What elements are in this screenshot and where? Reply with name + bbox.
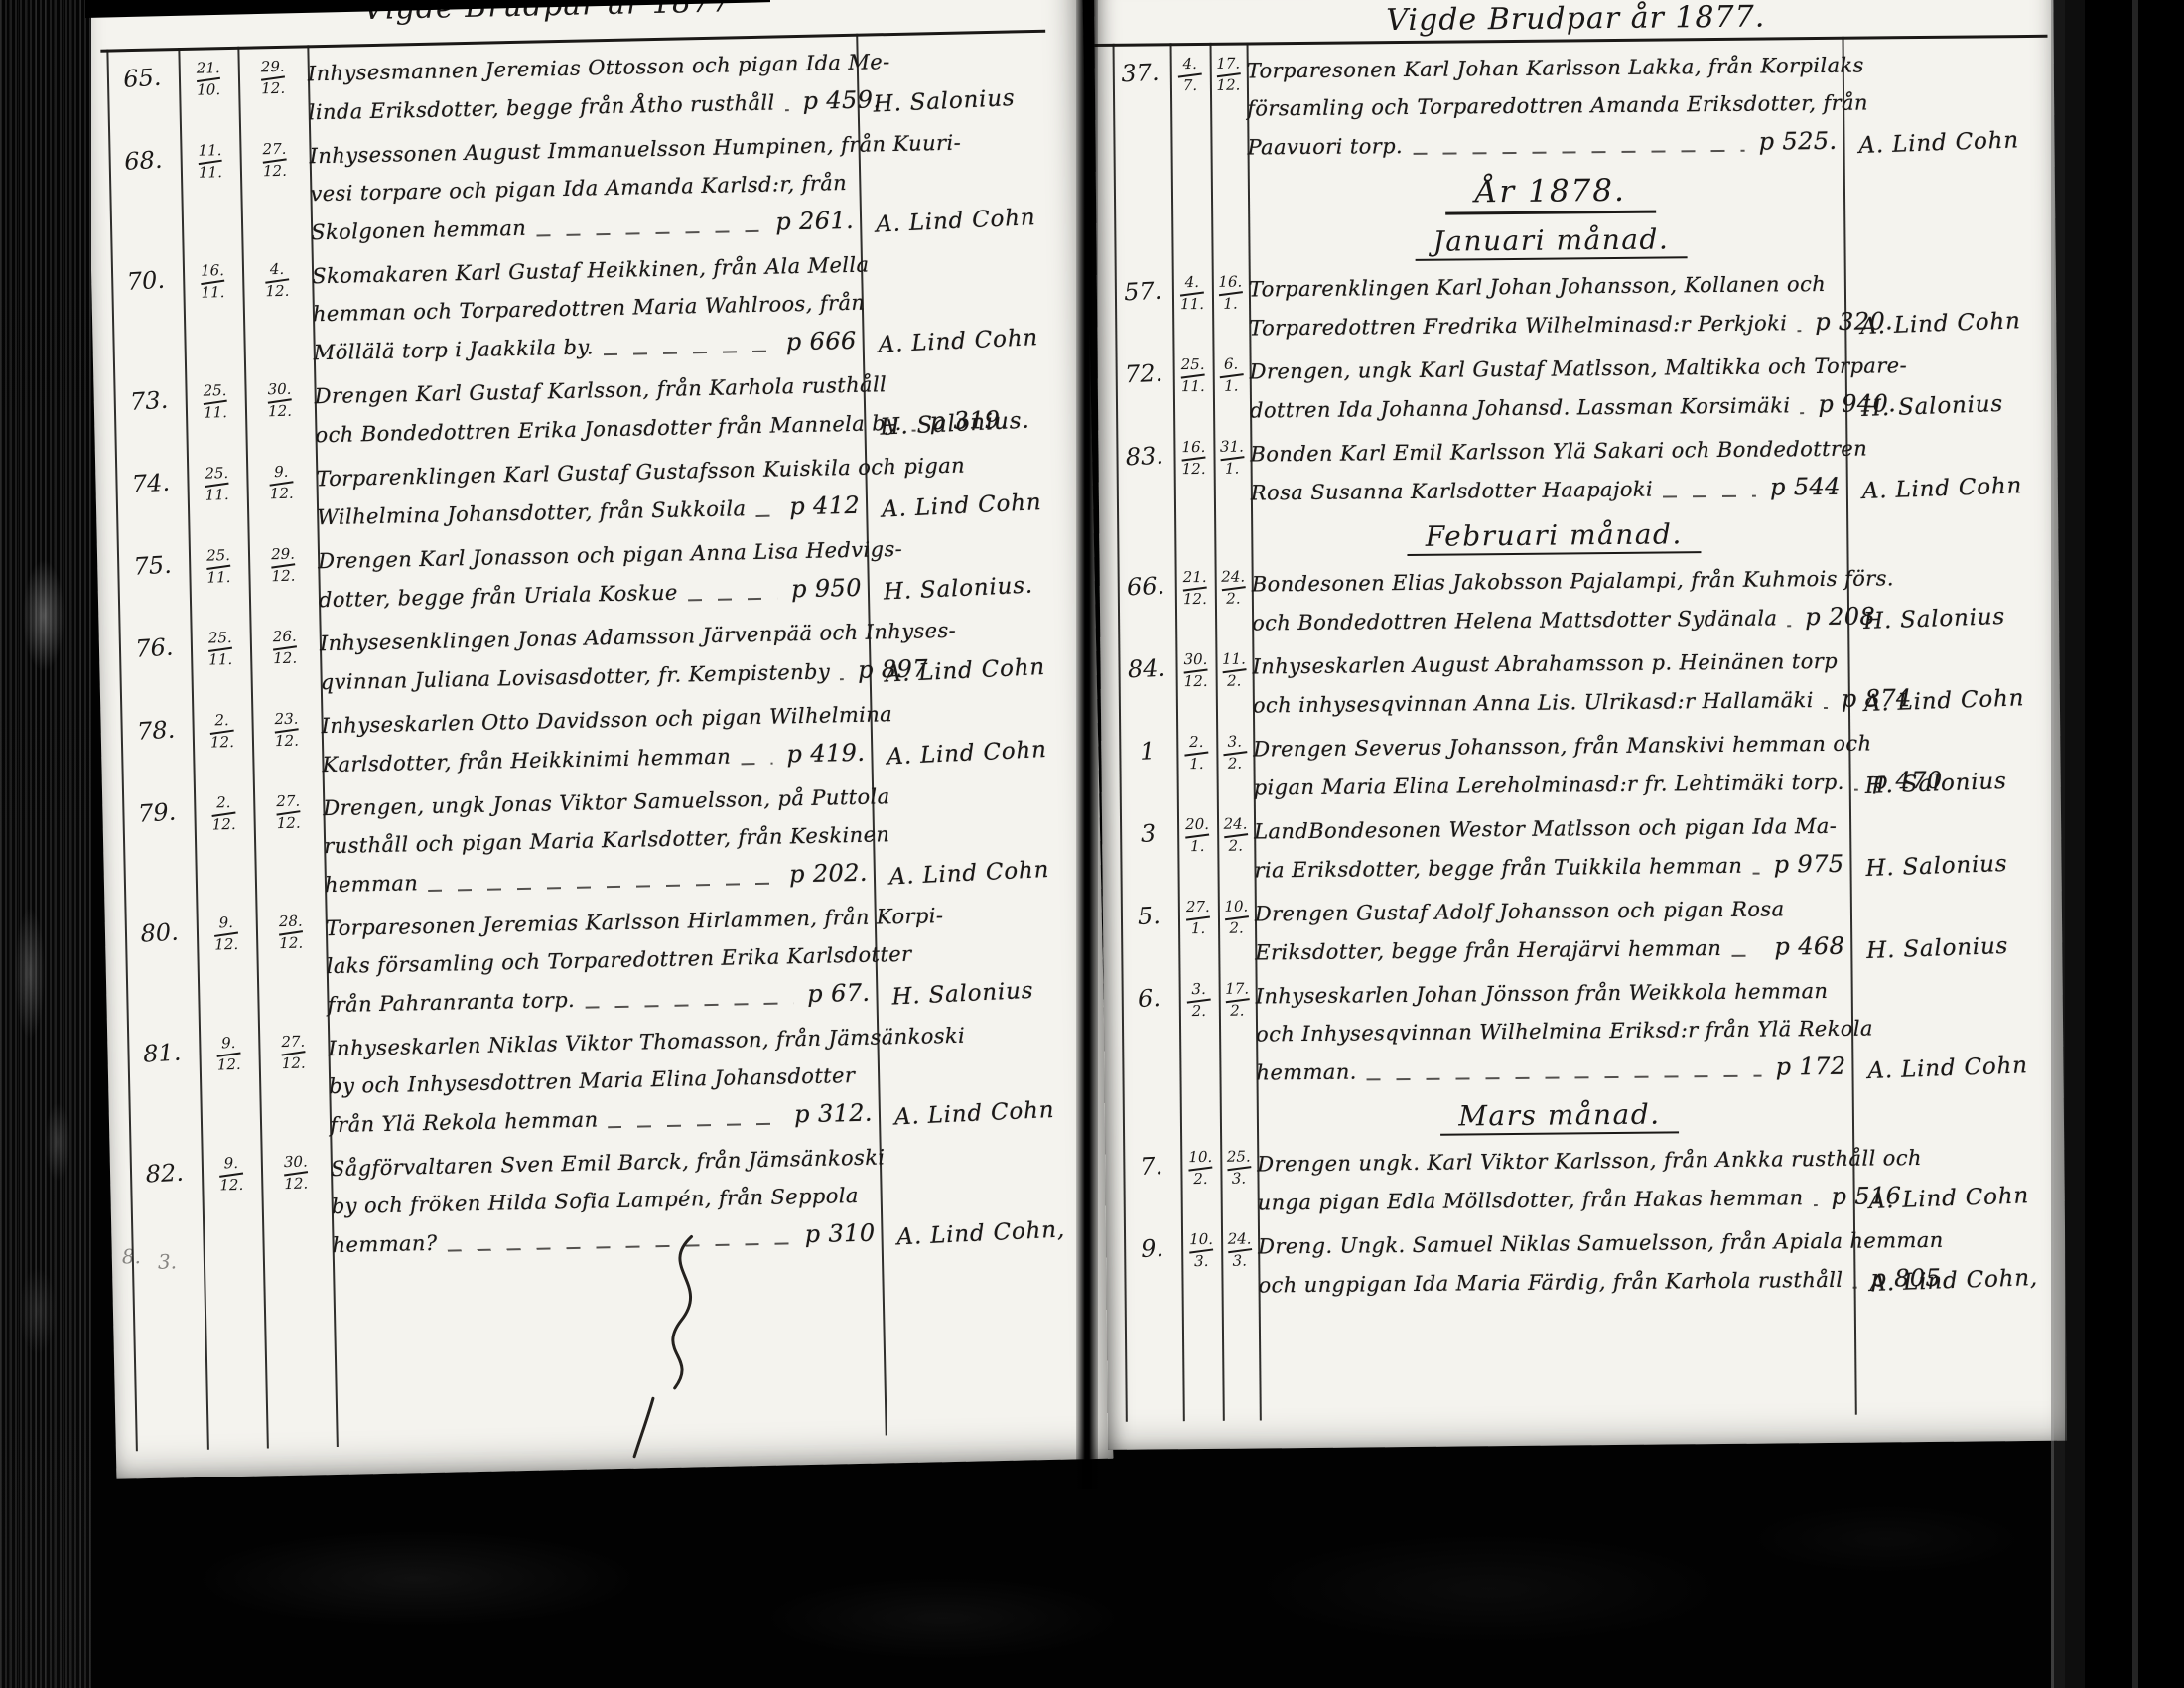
page-reference: p 525. — [1758, 122, 1843, 161]
right-entries-list: 37.4.7.17.12.Torparesonen Karl Johan Kar… — [1095, 45, 2067, 1312]
date-month: 1. — [1189, 757, 1203, 773]
wedding-date: 30.12. — [244, 377, 316, 455]
ink-flourish-stroke — [629, 1396, 660, 1459]
page-reference: p 261. — [775, 202, 861, 241]
faint-partial-entry-mark: 3. — [158, 1249, 178, 1273]
wedding-date: 16.1. — [1212, 271, 1250, 348]
page-reference: p 419. — [786, 734, 872, 774]
banns-date: 3.2. — [1179, 978, 1220, 1092]
date-day: 2. — [216, 795, 231, 811]
entry-number: 65. — [105, 57, 181, 137]
dash-filler — [534, 230, 767, 235]
entry-text: Drengen, ungk Jonas Viktor Samuelsson, p… — [323, 778, 874, 905]
entry-text: Drengen Severus Johansson, från Manskivi… — [1253, 725, 1849, 807]
date-day: 27. — [276, 794, 300, 810]
dash-filler — [1661, 495, 1762, 496]
date-month: 3. — [1232, 1171, 1246, 1187]
entry-line-text: pigan Maria Elina Lereholminasd:r fr. Le… — [1254, 764, 1844, 807]
wedding-date: 29.12. — [248, 542, 320, 620]
month-heading-row: Januari månad. — [1114, 219, 2059, 264]
officiant-signature: A. Lind Cohn — [1843, 126, 2059, 164]
year-heading: År 1878. — [1445, 173, 1656, 215]
officiant-signature: A. Lind Cohn, — [1853, 1264, 2067, 1302]
date-day: 21. — [197, 61, 220, 76]
entry-line-text: och ungpigan Ida Maria Färdig, från Karh… — [1258, 1261, 1843, 1305]
register-entry: 66.21.12.24.2.Bondesonen Elias Jakobsson… — [1118, 558, 2064, 643]
entry-text: Inhyseskarlen Otto Davidsson och pigan W… — [321, 696, 871, 784]
date-month: 2. — [1193, 1172, 1207, 1188]
entry-text: Torparenklingen Karl Johan Johansson, Ko… — [1249, 265, 1845, 348]
date-month: 11. — [204, 405, 227, 421]
dash-filler — [739, 763, 778, 764]
date-month: 12. — [214, 937, 238, 953]
page-edge-shadow-band — [2051, 0, 2184, 1688]
register-entry: 57.4.11.16.1.Torparenklingen Karl Johan … — [1115, 263, 2061, 349]
date-day: 20. — [1185, 817, 1209, 833]
entry-line: Drengen, ungk Karl Gustaf Matlsson, Malt… — [1250, 348, 1845, 391]
register-entry: 68.11.11.27.12.Inhysessonen August Imman… — [108, 121, 1063, 255]
date-day: 9. — [224, 1156, 239, 1172]
page-title: Vigde Brudpar år 1877. — [1362, 0, 1789, 38]
entry-number: 6. — [1120, 977, 1182, 1093]
entry-line: unga pigan Edla Möllsdotter, från Hakas … — [1258, 1178, 1853, 1222]
wedding-date: 27.12. — [239, 137, 311, 252]
entry-line: församling och Torparedottren Amanda Eri… — [1247, 84, 1843, 128]
officiant-signature: A. Lind Cohn, — [881, 1216, 1085, 1256]
entry-text: Torparesonen Karl Johan Karlsson Lakka, … — [1247, 47, 1843, 167]
entry-line-text: och Bondedottren Helena Mattsdotter Sydä… — [1252, 599, 1778, 641]
officiant-signature: H. Salonius — [876, 976, 1080, 1016]
wedding-date: 25.3. — [1220, 1145, 1258, 1221]
wedding-date: 3.2. — [1216, 730, 1254, 806]
banns-date: 10.3. — [1181, 1228, 1222, 1305]
date-day: 25. — [203, 383, 226, 399]
date-month: 12. — [1184, 674, 1208, 690]
register-entry: 320.1.24.2.LandBondesonen Westor Matlsso… — [1120, 805, 2066, 891]
left-entries-list: 65.21.10.29.12.Inhysesmannen Jeremias Ot… — [87, 39, 1085, 1274]
entry-number: 74. — [114, 462, 190, 542]
entry-number: 83. — [1115, 435, 1175, 514]
banns-date: 9.12. — [202, 1152, 263, 1267]
entry-line: Rosa Susanna Karlsdotter Haapajokip 544 — [1251, 468, 1846, 512]
date-day: 25. — [1181, 357, 1205, 373]
officiant-signature: H. Salonius — [1848, 767, 2065, 804]
entry-line: Inhyseskarlen Johan Jönsson från Weikkol… — [1256, 972, 1851, 1016]
entry-line-text: och inhysesqvinnan Anna Lis. Ulrikasd:r … — [1253, 681, 1814, 724]
register-entry: 6.3.2.17.2.Inhyseskarlen Johan Jönsson f… — [1122, 970, 2068, 1093]
entry-text: Drengen, ungk Karl Gustaf Matlsson, Malt… — [1250, 348, 1846, 430]
entry-number: 9. — [1123, 1227, 1183, 1307]
register-entry: 80.9.12.28.12.Torparesonen Jeremias Karl… — [125, 894, 1080, 1028]
date-month: 12. — [217, 1057, 241, 1073]
date-month: 12. — [270, 486, 294, 501]
officiant-signature: A. Lind Cohn — [1851, 1052, 2067, 1089]
entry-line-text: dottren Ida Johanna Johansd. Lassman Kor… — [1250, 386, 1791, 429]
date-day: 30. — [267, 382, 291, 398]
date-month: 11. — [208, 652, 232, 668]
entry-text: Sågförvaltaren Sven Emil Barck, från Jäm… — [331, 1139, 882, 1265]
ink-flourish-curl — [647, 1232, 730, 1393]
month-heading-row: Mars månad. — [1123, 1094, 2067, 1139]
entry-line: pigan Maria Elina Lereholminasd:r fr. Le… — [1254, 763, 1849, 807]
entry-line: LandBondesonen Westor Matlsson och pigan… — [1254, 807, 1849, 851]
date-month: 1. — [1225, 461, 1239, 477]
date-day: 3. — [1191, 982, 1205, 998]
entry-line-text: Paavuori torp. — [1247, 127, 1403, 167]
entry-line: och inhysesqvinnan Anna Lis. Ulrikasd:r … — [1253, 680, 1848, 725]
entry-text: Inhysesenklingen Jonas Adamsson Järvenpä… — [320, 614, 870, 702]
right-register-page: Vigde Brudpar år 1877. 37.4.7.17.12.Torp… — [1094, 0, 2067, 1450]
entry-number: 80. — [123, 912, 201, 1030]
dash-filler — [1411, 150, 1751, 153]
entry-line-text: Karlsdotter, från Heikkinimi hemman — [322, 738, 731, 784]
date-month: 11. — [206, 570, 230, 586]
date-month: 7. — [1183, 78, 1197, 94]
date-month: 12. — [273, 650, 297, 666]
faint-partial-entry-mark: 8. — [122, 1244, 142, 1268]
register-entry: 12.1.3.2.Drengen Severus Johansson, från… — [1119, 723, 2065, 808]
banns-date: 2.1. — [1176, 731, 1217, 807]
entry-number: 75. — [116, 544, 192, 625]
wedding-date: 27.12. — [258, 1030, 330, 1145]
entry-number: 78. — [119, 709, 195, 789]
wedding-date: 29.12. — [238, 55, 310, 132]
banns-date: 9.12. — [199, 1032, 260, 1147]
banns-date: 16.12. — [1173, 436, 1214, 512]
register-entry: 78.2.12.23.12.Inhyseskarlen Otto Davidss… — [120, 691, 1074, 787]
register-entry: 37.4.7.17.12.Torparesonen Karl Johan Kar… — [1113, 45, 2059, 168]
year-heading-row: År 1878. — [1114, 169, 2059, 218]
register-entry: 73.25.11.30.12.Drengen Karl Gustaf Karls… — [113, 361, 1067, 458]
wedding-date: 17.2. — [1219, 977, 1257, 1091]
page-reference: p 312. — [794, 1094, 880, 1134]
page-reference: p 202. — [789, 854, 875, 894]
register-entry: 83.16.12.31.1.Bonden Karl Emil Karlsson … — [1116, 428, 2062, 513]
date-day: 6. — [1224, 357, 1238, 373]
entry-line: Inhyseskarlen August Abrahamsson p. Hein… — [1252, 642, 1847, 686]
entry-line: Paavuori torp.p 525. — [1247, 122, 1843, 167]
date-month: 1. — [1224, 378, 1238, 394]
date-day: 27. — [281, 1035, 305, 1051]
date-month: 12. — [210, 735, 234, 751]
dash-filler — [602, 350, 778, 353]
banns-date: 16.11. — [183, 259, 244, 374]
date-month: 12. — [277, 815, 301, 831]
date-month: 11. — [1181, 379, 1205, 395]
entry-line-text: hemman? — [332, 1224, 438, 1264]
wedding-date: 17.12. — [1210, 53, 1248, 167]
register-entry: 72.25.11.6.1.Drengen, ungk Karl Gustaf M… — [1116, 346, 2062, 431]
book-gutter — [1076, 0, 1098, 1489]
date-month: 2. — [1226, 591, 1240, 607]
wedding-date: 27.12. — [253, 789, 325, 905]
banns-date: 25.11. — [1173, 353, 1214, 430]
date-month: 2. — [1227, 673, 1241, 689]
entry-line: ria Eriksdotter, begge från Tuikkila hem… — [1254, 845, 1849, 890]
entry-line-text: hemman — [325, 864, 419, 904]
dash-filler — [1365, 1075, 1768, 1079]
banns-date: 25.11. — [191, 627, 252, 704]
wedding-date: 31.1. — [1213, 436, 1251, 512]
entry-number: 68. — [106, 139, 184, 257]
date-day: 17. — [1216, 57, 1240, 72]
entry-text: Inhyseskarlen Johan Jönsson från Weikkol… — [1256, 972, 1852, 1092]
date-day: 21. — [1183, 570, 1207, 586]
date-month: 2. — [1228, 756, 1242, 772]
date-day: 28. — [279, 914, 303, 930]
entry-text: Inhysesmannen Jeremias Ottosson och piga… — [308, 44, 858, 132]
banns-date: 25.11. — [187, 462, 248, 539]
banns-date: 10.2. — [1180, 1146, 1221, 1222]
entry-line-text: dotter, begge från Uriala Koskue — [319, 574, 678, 620]
entry-number: 37. — [1111, 52, 1173, 168]
date-month: 12. — [1216, 77, 1240, 93]
officiant-signature: A. Lind Cohn — [873, 856, 1077, 896]
left-register-page: Vigde Brudpar år 1877 65.21.10.29.12.Inh… — [85, 0, 1113, 1479]
entry-text: Inhyseskarlen Niklas Viktor Thomasson, f… — [328, 1019, 879, 1145]
film-edge-scratches — [0, 0, 91, 1688]
entry-line-text: från Ylä Rekola hemman — [330, 1100, 599, 1144]
date-day: 24. — [1228, 1232, 1252, 1248]
date-month: 12. — [219, 1178, 243, 1194]
banns-date: 25.11. — [189, 544, 250, 622]
date-day: 4. — [1185, 275, 1199, 291]
date-month: 12. — [279, 935, 303, 951]
wedding-date: 4.12. — [242, 257, 314, 372]
wedding-date: 24.2. — [1215, 566, 1253, 642]
date-month: 12. — [265, 284, 289, 300]
wedding-date: 24.2. — [1217, 812, 1255, 889]
entry-number: 79. — [120, 791, 198, 910]
entry-number: 1 — [1118, 730, 1178, 809]
entry-line-text: Eriksdotter, begge från Herajärvi hemman — [1255, 929, 1721, 972]
date-month: 3. — [1233, 1253, 1247, 1269]
page-reference: p 666 — [785, 322, 863, 361]
officiant-signature: H. Salonius — [1850, 931, 2067, 969]
banns-date: 21.12. — [1175, 566, 1216, 642]
officiant-signature: H. Salonius — [1849, 849, 2066, 887]
wedding-date: 10.2. — [1218, 895, 1256, 971]
banns-date: 2.12. — [192, 709, 253, 786]
entry-line: Drengen ungk. Karl Viktor Karlsson, från… — [1257, 1140, 1852, 1184]
date-month: 1. — [1223, 296, 1237, 312]
entry-line: Bondesonen Elias Jakobsson Pajalampi, fr… — [1252, 560, 1847, 604]
register-entry: 79.2.12.27.12.Drengen, ungk Jonas Viktor… — [122, 774, 1077, 908]
entry-number: 72. — [1114, 352, 1174, 432]
register-entry: 65.21.10.29.12.Inhysesmannen Jeremias Ot… — [107, 39, 1061, 135]
entry-line: och Inhysesqvinnan Wilhelmina Eriksd:r f… — [1256, 1010, 1851, 1054]
page-reference: p 412 — [789, 487, 867, 526]
entry-line-text: hemman. — [1256, 1054, 1357, 1092]
entry-text: Torparesonen Jeremias Karlsson Hirlammen… — [326, 899, 877, 1025]
entry-text: Drengen Gustaf Adolf Johansson och pigan… — [1255, 890, 1851, 972]
register-entry: 76.25.11.26.12.Inhysesenklingen Jonas Ad… — [119, 609, 1073, 705]
date-month: 2. — [1192, 1004, 1206, 1020]
entry-number: 57. — [1113, 270, 1173, 350]
date-day: 29. — [271, 547, 295, 563]
date-month: 10. — [197, 82, 220, 98]
dash-filler — [686, 597, 783, 599]
date-day: 27. — [1186, 900, 1210, 915]
entry-text: Inhyseskarlen August Abrahamsson p. Hein… — [1252, 642, 1848, 725]
register-entry: 84.30.12.11.2.Inhyseskarlen August Abrah… — [1118, 640, 2064, 726]
wedding-date: 23.12. — [251, 707, 323, 784]
entry-line: Torparedottren Fredrika Wilhelminasd:r P… — [1249, 303, 1844, 348]
register-entry: 70.16.11.4.12.Skomakaren Karl Gustaf Hei… — [111, 241, 1066, 375]
date-month: 11. — [1180, 297, 1204, 313]
entry-line: hemman.p 172 — [1256, 1048, 1851, 1092]
register-entry: 74.25.11.9.12.Torparenklingen Karl Gusta… — [115, 444, 1069, 540]
officiant-signature: A. Lind Cohn — [860, 204, 1064, 243]
date-month: 1. — [1191, 921, 1205, 937]
wedding-date: 11.2. — [1215, 648, 1253, 725]
date-day: 25. — [205, 466, 228, 482]
date-day: 2. — [1189, 735, 1203, 751]
date-day: 4. — [270, 262, 285, 278]
page-reference: p 67. — [807, 974, 877, 1013]
officiant-signature: A. Lind Cohn — [1847, 684, 2064, 722]
wedding-date: 30.12. — [261, 1150, 333, 1265]
officiant-signature: A. Lind Cohn — [1845, 472, 2062, 509]
date-day: 24. — [1224, 817, 1248, 833]
date-month: 11. — [199, 165, 222, 181]
date-day: 2. — [214, 713, 229, 729]
officiant-signature: A. Lind Cohn — [1852, 1182, 2067, 1219]
entry-line: Dreng. Ungk. Samuel Niklas Samuelsson, f… — [1258, 1222, 1853, 1266]
date-month: 12. — [1182, 462, 1206, 478]
entry-number: 3 — [1119, 812, 1179, 892]
entry-line: Eriksdotter, begge från Herajärvi hemman… — [1255, 927, 1850, 972]
entry-text: Torparenklingen Karl Gustaf Gustafsson K… — [316, 449, 866, 537]
register-entry: 82.9.12.30.12.Sågförvaltaren Sven Emil B… — [130, 1134, 1085, 1268]
date-day: 26. — [273, 630, 297, 645]
month-heading: Januari månad. — [1415, 222, 1687, 261]
entry-line-text: ria Eriksdotter, begge från Tuikkila hem… — [1254, 847, 1742, 890]
date-day: 10. — [1224, 900, 1248, 915]
officiant-signature: A. Lind Cohn — [866, 489, 1070, 528]
officiant-signature: H. Salonius — [857, 83, 1061, 123]
date-month: 12. — [282, 1055, 306, 1071]
page-reference: p 172 — [1775, 1048, 1851, 1086]
entry-line: Bonden Karl Emil Karlsson Ylä Sakari och… — [1250, 430, 1845, 474]
entry-line: dottren Ida Johanna Johansd. Lassman Kor… — [1250, 385, 1845, 430]
date-day: 11. — [1222, 652, 1246, 668]
register-entry: 75.25.11.29.12.Drengen Karl Jonasson och… — [117, 526, 1071, 623]
date-month: 12. — [212, 817, 236, 833]
banns-date: 30.12. — [1175, 648, 1216, 725]
entry-line: Torparenklingen Karl Johan Johansson, Ko… — [1249, 265, 1844, 309]
entry-number: 7. — [1122, 1145, 1182, 1224]
dash-filler — [607, 1122, 787, 1126]
entry-number: 84. — [1117, 647, 1177, 727]
page-reference: p 310 — [804, 1213, 882, 1253]
date-day: 9. — [274, 465, 289, 481]
entry-text: LandBondesonen Westor Matlsson och pigan… — [1254, 807, 1850, 890]
date-day: 4. — [1182, 57, 1196, 72]
date-day: 25. — [206, 548, 230, 564]
entry-line-text: Möllälä torp i Jaakkila by. — [313, 328, 594, 371]
banns-date: 4.7. — [1170, 53, 1211, 167]
date-month: 2. — [1229, 920, 1243, 936]
date-day: 11. — [198, 143, 221, 159]
entry-text: Drengen Karl Gustaf Karlsson, från Karho… — [314, 366, 864, 455]
page-reference: p 544 — [1770, 468, 1846, 506]
month-heading: Mars månad. — [1440, 1097, 1679, 1135]
banns-date: 11.11. — [180, 139, 241, 254]
date-day: 9. — [221, 1036, 236, 1052]
register-entry: 81.9.12.27.12.Inhyseskarlen Niklas Vikto… — [127, 1014, 1082, 1148]
page-reference: p 468 — [1774, 927, 1850, 966]
date-day: 25. — [208, 631, 232, 646]
month-heading-row: Februari månad. — [1117, 514, 2062, 559]
officiant-signature: H. Salonius. — [867, 571, 1071, 611]
date-day: 23. — [274, 712, 298, 728]
date-day: 25. — [1227, 1150, 1251, 1166]
entry-text: Bonden Karl Emil Karlsson Ylä Sakari och… — [1250, 430, 1846, 512]
page-reference: p 950 — [791, 569, 869, 609]
dash-filler — [754, 514, 782, 515]
entry-text: Inhysessonen August Immanuelsson Humpine… — [309, 126, 860, 252]
entry-number: 66. — [1116, 565, 1176, 644]
date-day: 17. — [1225, 982, 1249, 998]
dash-filler — [583, 1002, 799, 1007]
date-day: 16. — [1218, 275, 1242, 291]
banns-date: 25.11. — [185, 379, 246, 457]
date-month: 12. — [1183, 592, 1207, 608]
date-day: 10. — [1188, 1150, 1212, 1166]
date-day: 3. — [1228, 735, 1242, 751]
entry-line: Drengen Gustaf Adolf Johansson och pigan… — [1255, 890, 1850, 933]
officiant-signature: H. Salonius — [1847, 602, 2064, 639]
date-day: 24. — [1221, 570, 1245, 586]
wedding-date: 9.12. — [246, 460, 318, 537]
wedding-date: 24.3. — [1221, 1227, 1259, 1304]
date-day: 31. — [1220, 440, 1244, 456]
entry-text: Dreng. Ungk. Samuel Niklas Samuelsson, f… — [1258, 1222, 1854, 1305]
officiant-signature: H. Salonius — [1845, 389, 2062, 427]
banns-date: 20.1. — [1177, 813, 1218, 890]
wedding-date: 28.12. — [256, 910, 328, 1025]
entry-line: Drengen Severus Johansson, från Manskivi… — [1253, 725, 1848, 769]
date-month: 3. — [1194, 1254, 1208, 1270]
register-entry: 5.27.1.10.2.Drengen Gustaf Adolf Johanss… — [1121, 888, 2067, 973]
entry-number: 5. — [1119, 895, 1179, 974]
date-month: 2. — [1229, 838, 1243, 854]
date-day: 27. — [262, 142, 286, 158]
entry-number: 73. — [112, 379, 188, 460]
banns-date: 9.12. — [197, 912, 258, 1027]
entry-line-text: Rosa Susanna Karlsdotter Haapajoki — [1251, 471, 1654, 512]
officiant-signature: A. Lind Cohn — [878, 1096, 1082, 1136]
register-entry: 7.10.2.25.3.Drengen ungk. Karl Viktor Ka… — [1123, 1138, 2067, 1223]
entry-line-text: Skolgonen hemman — [311, 210, 527, 252]
date-month: 2. — [1230, 1003, 1244, 1019]
entry-number: 76. — [117, 627, 193, 707]
date-day: 16. — [201, 263, 224, 279]
officiant-signature: A. Lind Cohn — [871, 736, 1075, 775]
entry-number: 81. — [125, 1032, 203, 1150]
date-month: 11. — [205, 488, 229, 503]
date-month: 11. — [201, 285, 224, 301]
date-month: 12. — [284, 1176, 308, 1192]
date-month: 12. — [268, 403, 292, 419]
month-heading: Februari månad. — [1408, 517, 1701, 556]
banns-date: 21.10. — [179, 57, 240, 134]
wedding-date: 26.12. — [250, 625, 322, 702]
entry-text: Drengen Karl Jonasson och pigan Anna Lis… — [318, 531, 868, 620]
date-day: 9. — [218, 915, 233, 931]
entry-line: och ungpigan Ida Maria Färdig, från Karh… — [1258, 1260, 1853, 1305]
